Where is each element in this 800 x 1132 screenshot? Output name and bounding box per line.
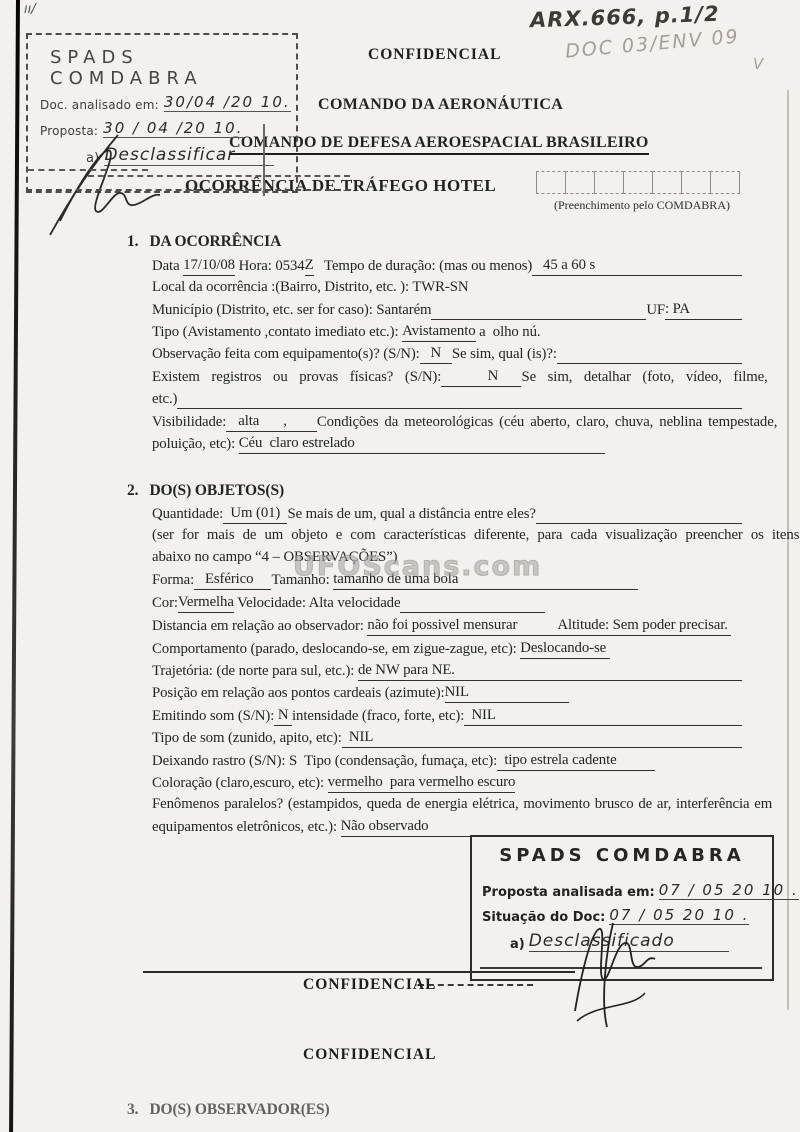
field-line-tipo: Tipo (Avistamento ,contato imediato etc.… (152, 321, 742, 342)
field-label: Existem registros ou provas físicas? (S/… (152, 367, 441, 387)
field-line-fenomenos: Fenômenos paralelos? (estampidos, queda … (152, 794, 742, 814)
field-line-municipio: Município (Distrito, etc. ser for caso):… (152, 299, 742, 320)
section-number: 3. (127, 1100, 138, 1120)
field-label: Tempo de duração: (mas ou menos) (314, 256, 533, 276)
corner-pen-mark: ıı/ (24, 2, 36, 17)
fill-line (455, 680, 742, 681)
fill-line (595, 275, 742, 276)
field-label: Observação feita com equipamento(s)? (S/… (152, 344, 420, 364)
stamp-title: SPADS COMDABRA (50, 47, 296, 89)
field-line-trajetoria: Trajetória: (de norte para sul, etc.): d… (152, 660, 742, 681)
footer-rule-line (143, 971, 575, 973)
confidencial-footer-2: CONFIDENCIAL (303, 1046, 436, 1064)
fill-line (536, 523, 742, 524)
comdabra-code-boxes (537, 171, 740, 194)
stamp-field-label: Proposta analisada em: (482, 885, 655, 900)
annotation-doc-envelope: DOC 03/ENV 09 (564, 25, 740, 62)
section-1-header: 1. DA OCORRÊNCIA (127, 232, 717, 252)
fill-line (431, 319, 646, 320)
scanned-document-page: ıı/ ARX.666, p.1/2 DOC 03/ENV 09 V CONFI… (0, 0, 800, 1132)
field-line-comportamento: Comportamento (parado, deslocando-se, em… (152, 638, 742, 659)
field-label: Fenômenos paralelos? (estampidos, queda … (152, 794, 772, 814)
field-line-emitindo-som: Emitindo som (S/N): N intensidade (fraco… (152, 705, 742, 726)
field-value: : PA (665, 299, 690, 320)
field-label: Forma: (152, 570, 194, 590)
stamp-field-value: 30 / 04 /20 10. (103, 119, 243, 138)
confidencial-header: CONFIDENCIAL (368, 46, 501, 64)
stamp-decision-value: Desclassificado (529, 931, 729, 952)
stamp-dash-extension (88, 175, 350, 177)
fill-line (400, 612, 545, 613)
field-line-local: Local da ocorrência :(Bairro, Distrito, … (152, 277, 742, 297)
code-box-cell (681, 171, 711, 194)
stamp-rule-line (480, 967, 762, 969)
field-value: Vermelha (178, 592, 234, 613)
field-line-registros: Existem registros ou provas físicas? (S/… (152, 366, 742, 387)
field-label: Se sim, qual (is)?: (452, 344, 557, 364)
stamp-dash-line (28, 169, 148, 171)
stamp-doc-analisado-row: Doc. analisado em: 30/04 /20 10. (40, 93, 291, 112)
field-line-equipamentos: equipamentos eletrônicos, etc.): Não obs… (152, 816, 742, 837)
field-value: 45 a 60 s (532, 255, 595, 276)
stamp-field-value: 30/04 /20 10. (164, 93, 291, 112)
stamp-a-row: a) Desclassificado (510, 931, 729, 952)
stamp-dash-extension (26, 189, 351, 191)
field-line-rastro: Deixando rastro (S/N): S Tipo (condensaç… (152, 750, 742, 771)
section-3-header: 3. DO(S) OBSERVADOR(ES) (127, 1100, 717, 1120)
field-label: Se mais de um, qual a distância entre el… (287, 504, 535, 524)
section-title: DO(S) OBSERVADOR(ES) (149, 1100, 329, 1120)
field-line-distancia-altitude: Distancia em relação ao observador: não … (152, 615, 742, 636)
field-label: Cor: (152, 593, 178, 613)
stamp-field-value: 07 / 05 20 10 . (609, 906, 749, 925)
field-label: Distancia em relação ao observador: (152, 616, 367, 636)
field-value: Esférico (194, 569, 271, 590)
field-label: poluição, etc): (152, 434, 239, 454)
field-label: Deixando rastro (S/N): S Tipo (condensaç… (152, 751, 497, 771)
field-value: N (441, 366, 521, 387)
check-mark: V (753, 55, 763, 73)
org-line-aeronautica: COMANDO DA AERONÁUTICA (318, 96, 563, 114)
stamp-situacao-row: Situação do Doc: 07 / 05 20 10 . (482, 906, 749, 925)
field-line-visibilidade: Visibilidade: alta , Condições da meteor… (152, 411, 742, 432)
field-label: Tipo (Avistamento ,contato imediato etc.… (152, 322, 402, 342)
field-label: Emitindo som (S/N): (152, 706, 274, 726)
fill-line (376, 747, 742, 748)
scan-edge-line-right (787, 90, 789, 1010)
field-label: Local da ocorrência :(Bairro, Distrito, … (152, 277, 468, 297)
field-value: NIL (445, 682, 469, 703)
field-line-data-hora: Data 17/10/08 Hora: 0534 Z Tempo de dura… (152, 255, 742, 276)
field-label: Velocidade: Alta velocidade (234, 593, 401, 613)
field-label: Comportamento (parado, deslocando-se, em… (152, 639, 520, 659)
field-label: equipamentos eletrônicos, etc.): (152, 817, 341, 837)
field-value: Deslocando-se (520, 638, 609, 659)
code-box-cell (594, 171, 624, 194)
field-line-etc: etc.) (152, 389, 742, 409)
code-box-cell (623, 171, 653, 194)
field-value: Um (01) (223, 503, 287, 524)
field-value: tipo estrela cadente (497, 750, 616, 771)
field-value: Z (305, 255, 314, 276)
field-value: Altitude: Sem poder precisar. (557, 615, 731, 636)
field-line-quantidade: Quantidade: Um (01) Se mais de um, qual … (152, 503, 742, 524)
field-line-tipo-som: Tipo de som (zunido, apito, etc): NIL (152, 727, 742, 748)
field-value: Céu claro estrelado (239, 433, 355, 454)
stamp-proposta-analisada-row: Proposta analisada em: 07 / 05 20 10 . (482, 881, 799, 900)
code-box-cell (565, 171, 595, 194)
fill-note: (Preenchimento pelo COMDABRA) (554, 198, 730, 213)
field-line-poluicao: poluição, etc): Céu claro estrelado (152, 433, 742, 454)
fill-line (177, 408, 742, 409)
stamp-title: SPADS COMDABRA (472, 845, 772, 866)
field-value: Não observado (341, 816, 429, 837)
watermark: UFOScans.com (293, 551, 542, 582)
field-value: 17/10/08 (183, 255, 235, 276)
field-line-cor-velocidade: Cor: Vermelha Velocidade: Alta velocidad… (152, 592, 742, 613)
stamp-vertical-edge (263, 124, 265, 196)
stamp-proposta-row: Proposta: 30 / 04 /20 10. (40, 119, 243, 138)
field-value: NIL (342, 727, 377, 748)
field-label: Condições da meteorológicas (céu aberto,… (317, 412, 777, 432)
code-box-cell (710, 171, 740, 194)
field-label: (ser for mais de um objeto e com caracte… (152, 525, 799, 545)
section-title: DA OCORRÊNCIA (149, 232, 281, 252)
field-label: Se sim, detalhar (foto, vídeo, filme, (521, 367, 767, 387)
fill-line (617, 770, 655, 771)
stamp-field-label: Situação do Doc: (482, 910, 605, 925)
field-label: intensidade (fraco, forte, etc): (292, 706, 464, 726)
stamp-field-label: a) (86, 151, 99, 166)
section-2-header: 2. DO(S) OBJETOS(S) (127, 481, 717, 501)
field-value: vermelho para vermelho escuro (328, 772, 516, 793)
stamp-field-label: Doc. analisado em: (40, 98, 159, 112)
field-label: Quantidade: (152, 504, 223, 524)
field-label: Hora: 0534 (235, 256, 305, 276)
section-title: DO(S) OBJETOS(S) (149, 481, 284, 501)
field-label: Data (152, 256, 183, 276)
annotation-archive-number: ARX.666, p.1/2 (530, 2, 720, 33)
stamp-field-value: 07 / 05 20 10 . (659, 881, 799, 900)
field-value: não foi possivel mensurar (367, 615, 517, 636)
fill-line (557, 363, 742, 364)
fill-line (517, 635, 557, 636)
fill-line (496, 725, 742, 726)
field-label: a olho nú. (476, 322, 541, 342)
field-label: UF (646, 300, 665, 320)
field-line-nota-1: (ser for mais de um objeto e com caracte… (152, 525, 742, 545)
field-label: Município (Distrito, etc. ser for caso):… (152, 300, 431, 320)
confidencial-footer-1: CONFIDENCIAL (303, 976, 436, 994)
code-box-cell (652, 171, 682, 194)
stamp-decision-value: Desclassificar (104, 145, 274, 166)
field-line-coloracao: Coloração (claro,escuro, etc): vermelho … (152, 772, 742, 793)
fill-line (469, 702, 569, 703)
stamp-field-label: a) (510, 937, 525, 952)
field-value: de NW para NE. (358, 660, 455, 681)
field-line-posicao: Posição em relação aos pontos cardeais (… (152, 682, 742, 703)
field-value: Avistamento (402, 321, 475, 342)
fill-line (458, 589, 638, 590)
scan-edge-line-left (9, 0, 20, 1132)
field-label: Posição em relação aos pontos cardeais (… (152, 683, 445, 703)
field-value: alta , (226, 411, 317, 432)
field-label: etc.) (152, 389, 177, 409)
field-value: N (420, 343, 452, 364)
stamp-a-row: a) Desclassificar (86, 145, 274, 166)
field-label: Tipo de som (zunido, apito, etc): (152, 728, 342, 748)
fill-line (355, 453, 605, 454)
stamp-field-label: Proposta: (40, 124, 98, 138)
field-label: Visibilidade: (152, 412, 226, 432)
code-box-cell (536, 171, 566, 194)
field-value: N (274, 705, 292, 726)
stamp-spads-bottom: SPADS COMDABRA Proposta analisada em: 07… (470, 835, 774, 981)
section-number: 2. (127, 481, 138, 501)
section-number: 1. (127, 232, 138, 252)
field-line-observacao-equipamento: Observação feita com equipamento(s)? (S/… (152, 343, 742, 364)
fill-line (690, 319, 742, 320)
field-label: Trajetória: (de norte para sul, etc.): (152, 661, 358, 681)
field-value: NIL (464, 705, 496, 726)
field-label: Coloração (claro,escuro, etc): (152, 773, 328, 793)
